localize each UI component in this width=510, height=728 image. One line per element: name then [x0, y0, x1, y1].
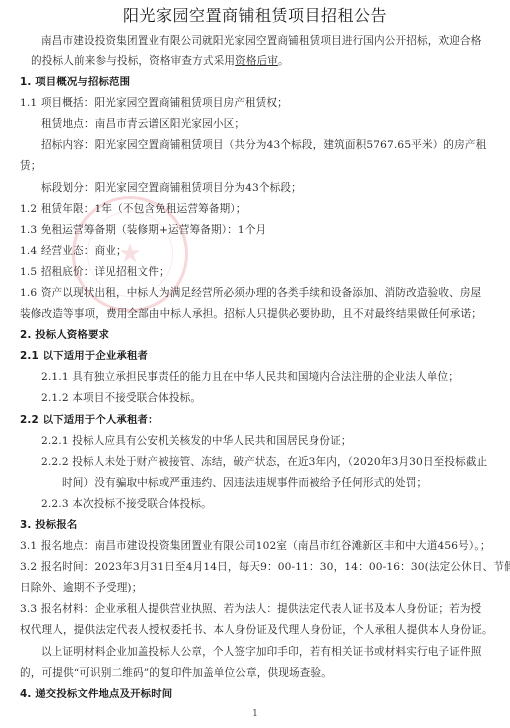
note-line-1: 以上证明材料企业加盖投标人公章，个人签字加印手印，若有相关证书或材料实行电子证件… [41, 645, 482, 659]
sub-2-2-heading: 2.2 以下适用于个人承租者： [20, 413, 159, 427]
item-1-3: 1.3 免租运营筹备期（装修期+运营筹备期）：1个月 [20, 223, 266, 237]
item-2-2-1: 2.2.1 投标人应具有公安机关核发的中华人民共和国居民身份证； [41, 434, 352, 448]
item-1-2: 1.2 租赁年限：1年（不包含免租运营筹备期）； [20, 202, 247, 216]
item-1-6-line-1: 1.6 资产以现状出租，中标人为满足经营所必须办理的各类手续和设备添加、消防改造… [20, 286, 481, 300]
document-title: 阳光家园空置商铺租赁项目招租公告 [0, 3, 510, 26]
lease-location: 租赁地点：南昌市青云谱区阳光家园小区； [41, 117, 245, 131]
intro-line-1: 南昌市建设投资集团置业有限公司就阳光家园空置商铺租赁项目进行国内公开招标，欢迎合… [41, 34, 482, 48]
item-3-3-line-1: 3.3 报名材料：企业承租人提供营业执照、若为法人：提供法定代表人证书及本人身份… [20, 602, 481, 616]
item-1-6-line-2: 装修改造等事项，费用全部由中标人承担。招标人只提供必要协助，且不对最终结果做任何… [20, 307, 482, 321]
section-3-heading: 3. 投标报名 [20, 518, 77, 532]
section-division: 标段划分：阳光家园空置商铺租赁项目分为43个标段； [41, 181, 302, 195]
item-2-2-3: 2.2.3 本次投标不接受联合体投标。 [41, 497, 212, 511]
section-4-heading: 4. 递交投标文件地点及开标时间 [20, 687, 172, 701]
intro-line-2: 的投标人前来参与投标，资格审查方式采用资格后审。 [31, 54, 289, 68]
sub-2-1-heading: 2.1 以下适用于企业承租者 [20, 349, 148, 363]
item-2-2-2-line-1: 2.2.2 投标人未处于财产被接管、冻结，破产状态，在近3年内，（2020年3月… [41, 455, 487, 469]
note-line-2: 的，可提供“可识别二维码”的复印件加盖单位公章，供现场查验。 [20, 666, 332, 680]
item-2-1-2: 2.1.2 本项目不接受联合体投标。 [41, 391, 201, 405]
section-1-heading: 1. 项目概况与招标范围 [20, 75, 130, 89]
page-number: 1 [0, 709, 510, 719]
qualification-review-link: 资格后审 [235, 55, 278, 67]
item-3-2-line-1: 3.2 报名时间：2023年3月31日至4月14日，每天9：00-11：30，1… [20, 560, 510, 574]
intro-line-2-suffix: 。 [278, 55, 289, 67]
tender-content-line-2: 赁； [20, 159, 42, 173]
item-2-2-2-line-2: 时间）没有骗取中标或严重违约、因违法违规事件而被给予任何形式的处罚； [62, 476, 427, 490]
item-3-2-line-2: 日除外、逾期不予受理)； [20, 581, 142, 595]
intro-line-2-prefix: 的投标人前来参与投标，资格审查方式采用 [31, 55, 235, 67]
item-1-1: 1.1 项目概括：阳光家园空置商铺租赁项目房产租赁权； [20, 96, 288, 110]
item-3-1: 3.1 报名地点：南昌市建设投资集团置业有限公司102室（南昌市红谷滩新区丰和中… [20, 539, 491, 553]
item-3-3-line-2: 权代理人，提供法定代表人授权委托书、本人身份证及代理人身份证，个人承租人提供本人… [20, 623, 493, 637]
section-2-heading: 2. 投标人资格要求 [20, 328, 109, 342]
item-1-4: 1.4 经营业态：商业； [20, 244, 127, 258]
item-1-5: 1.5 招租底价：详见招租文件； [20, 265, 170, 279]
document-page: ★ 阳光家园空置商铺租赁项目招租公告 南昌市建设投资集团置业有限公司就阳光家园空… [0, 0, 510, 728]
item-2-1-1: 2.1.1 具有独立承担民事责任的能力且在中华人民共和国境内合法注册的企业法人单… [41, 370, 459, 384]
tender-content-line-1: 招标内容：阳光家园空置商铺租赁项目（共分为43个标段，建筑面积5767.65平米… [41, 138, 486, 152]
